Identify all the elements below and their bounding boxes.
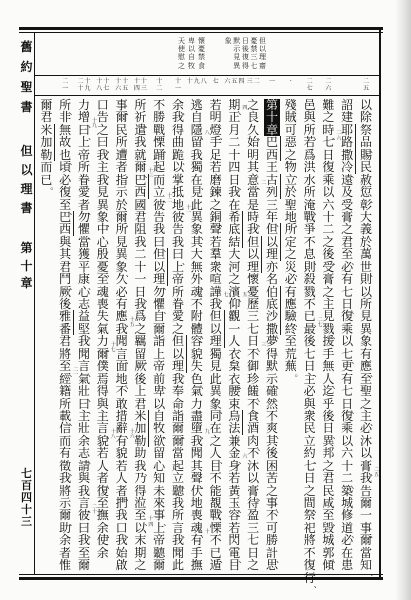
verse-number: 二五: [363, 79, 369, 92]
verse-number: 八: [201, 79, 207, 86]
verse-number-group: 二一: [50, 79, 80, 92]
frame-bottom-thin-rule: [19, 574, 383, 575]
inline-verse-number: 三: [261, 343, 266, 348]
text-column: 所祈、遣我就爾、十三巴西國君阻我二十一日、我爲之羈留、厥後上君米加勒助我、乃得涖…: [133, 99, 147, 572]
verse-number: 二六: [325, 79, 331, 92]
frame-right-rule: [379, 27, 381, 580]
headnote-divider: [34, 75, 379, 76]
text-column: 事、爾民所遭者、指示於爾、所見異象、久必有應、十五我聞言、面地、不敢措辭、十六有…: [115, 99, 129, 572]
text-column: 不勝戰慄、踊起而立、十二彼告我曰、但以理、勿懼、自爾詣上帝前、卑以自牧、欲留心知…: [152, 99, 166, 572]
text-column: 若明燈、手足若磨鍊之銅、聲若羣衆喧譁、七我但以理獨見此異象、同在之人、目不能覩、…: [209, 99, 223, 572]
margin-divider: [34, 33, 35, 574]
headnote-column: 憂禁三七: [250, 37, 257, 70]
text-column: 殘賊可惡之物、立於聖地、所定之災、必有應驗、終至荒蕪。: [284, 99, 298, 373]
running-title-book-part: 但以理書: [20, 142, 33, 218]
inline-verse-number: 十七: [111, 343, 116, 353]
headnote-column: 懷憂禁食: [198, 37, 205, 70]
headnote-group-left: 懷憂禁食 卑以自牧 天使慰之: [174, 37, 205, 70]
verse-number: 十三: [141, 79, 147, 92]
inline-verse-number: 五: [242, 293, 247, 298]
inline-verse-number: 十九: [92, 119, 97, 129]
text-column: 余、我得曲跪、以掌抵地、十一彼告我曰、上帝所眷愛之但以理、我奉命詣爾、爾當起立、…: [171, 99, 185, 572]
verse-number: 二七: [307, 79, 313, 92]
headnote-column: 天使慰之: [178, 37, 185, 70]
verse-number: 十五: [122, 79, 128, 92]
verse-number: 七: [213, 79, 219, 86]
chapter-heading: 第十章: [264, 99, 280, 136]
headnote-column: 默示見異: [233, 37, 240, 70]
text-column: 以除祭品、賜民赦愆、彰大義於萬世、則以所見異象有應、至聖之主、必沐以膏、二五我告…: [359, 99, 373, 572]
text-column: 期、四正月二十四日、我在希底結大河之濱、五仰觀一人、衣枲衣、腰束烏法兼金、六身若…: [227, 99, 241, 572]
inline-verse-number: 八: [205, 131, 210, 136]
text-column: 爾君米加勒而已。: [39, 99, 53, 186]
verse-number: ·: [288, 79, 294, 86]
inline-verse-number: 十: [205, 530, 210, 535]
inline-verse-number: 二十: [92, 505, 97, 515]
inline-verse-number: 九: [205, 430, 210, 435]
verse-number: 十一: [175, 79, 181, 92]
text-column: 第十章巴西王古列三年、但以理亦名伯底沙撒、夢得默示、確然不爽、其後困苦之事、不可…: [265, 99, 279, 572]
text-column: 之良久、始明其意、二當是時、我但以理懷憂歷三七日、三不御珍饈、不食酒肉、不沐以膏…: [246, 99, 260, 572]
inline-verse-number: 十八: [111, 430, 116, 440]
inline-verse-number: 十五: [130, 318, 135, 328]
frame-top-thin-rule: [19, 32, 383, 33]
inline-verse-number: 四: [242, 106, 247, 111]
frame-bottom-rule: [19, 577, 383, 580]
headnote-column: 卑以自牧: [188, 37, 195, 70]
verse-row-divider: [34, 95, 379, 96]
verse-number: 二: [254, 79, 260, 86]
inline-verse-number: 十一: [186, 206, 191, 216]
page-number: 七百四十三: [20, 468, 33, 528]
inline-verse-number: 十二: [167, 194, 172, 204]
verse-number-group: 二五: [351, 79, 381, 92]
text-column: 詔建耶路撒冷、遠及受膏之君至、必有七日、復乘以七、更有七日、復乘以六十二、築城修…: [340, 99, 354, 572]
verse-number: 五: [231, 79, 237, 86]
verse-number: 十七: [103, 79, 109, 92]
verse-number: 四: [238, 79, 244, 86]
running-title-chapter: 第十章: [20, 240, 33, 293]
verse-number: 十九: [85, 79, 91, 92]
headnote-column: 日後復得: [242, 37, 249, 70]
verse-number-row: 二五二六二七·一二三四五六七八九十十一十二十三十四十五十六十七十八十九二十二一: [0, 79, 411, 94]
headnote-column: 象: [225, 37, 232, 70]
text-column: 所、非無故也、頃必復至、巴西與其君鬥、厥後雅番君將至、二一經籍所載、信而有徵、我…: [58, 99, 72, 572]
text-column: 邑與所、若爲洪水所淹、戰爭不息、則殺戮不已、二七最後七日、主必與衆民立約、七日之…: [303, 99, 317, 584]
running-title-book: 舊約聖書: [20, 37, 33, 117]
verse-number: 二一: [62, 79, 68, 92]
verse-number: 九: [194, 79, 200, 86]
frame-top-rule: [19, 27, 383, 30]
text-column: 難之時、二六七日復乘以六十二之後、受膏之主見戮、援手無人、迄乎後日、異邦之君民咸…: [321, 99, 335, 572]
inline-verse-number: 十六: [130, 430, 135, 440]
inline-verse-number: 二六: [336, 131, 341, 141]
headnote-group-right: 但以理齋 憂禁三七 日後復得 默示見異 象: [223, 37, 266, 70]
text-column: 逃自隱、八留我獨在、見此異象、其大無外、魂不附體、容貌失色、氣力盡墮、九我聞其聲…: [190, 99, 204, 572]
inline-verse-number: 七: [224, 293, 229, 298]
inline-verse-number: 十四: [148, 517, 153, 527]
headnote-column: 但以理齋: [259, 37, 266, 70]
inline-verse-number: 二: [261, 181, 266, 186]
inline-verse-number: 二五: [374, 468, 379, 478]
verse-number: 十二: [156, 79, 162, 92]
verse-number: 一: [269, 79, 275, 86]
inline-verse-number: 六: [242, 455, 247, 460]
text-column: 力增、十九曰、上帝所眷愛者、勿懼、當獲平康、心志益堅、我聞言、氣壯、曰、主壯余志…: [77, 99, 91, 572]
inline-verse-number: 二一: [73, 368, 78, 378]
inline-verse-number: 二七: [318, 318, 323, 328]
text-column: 口告之曰、我主、我見異象、中心殷憂、至魂喪失氣力、十七爾僕焉得與主言、十八貌若人…: [96, 99, 110, 559]
